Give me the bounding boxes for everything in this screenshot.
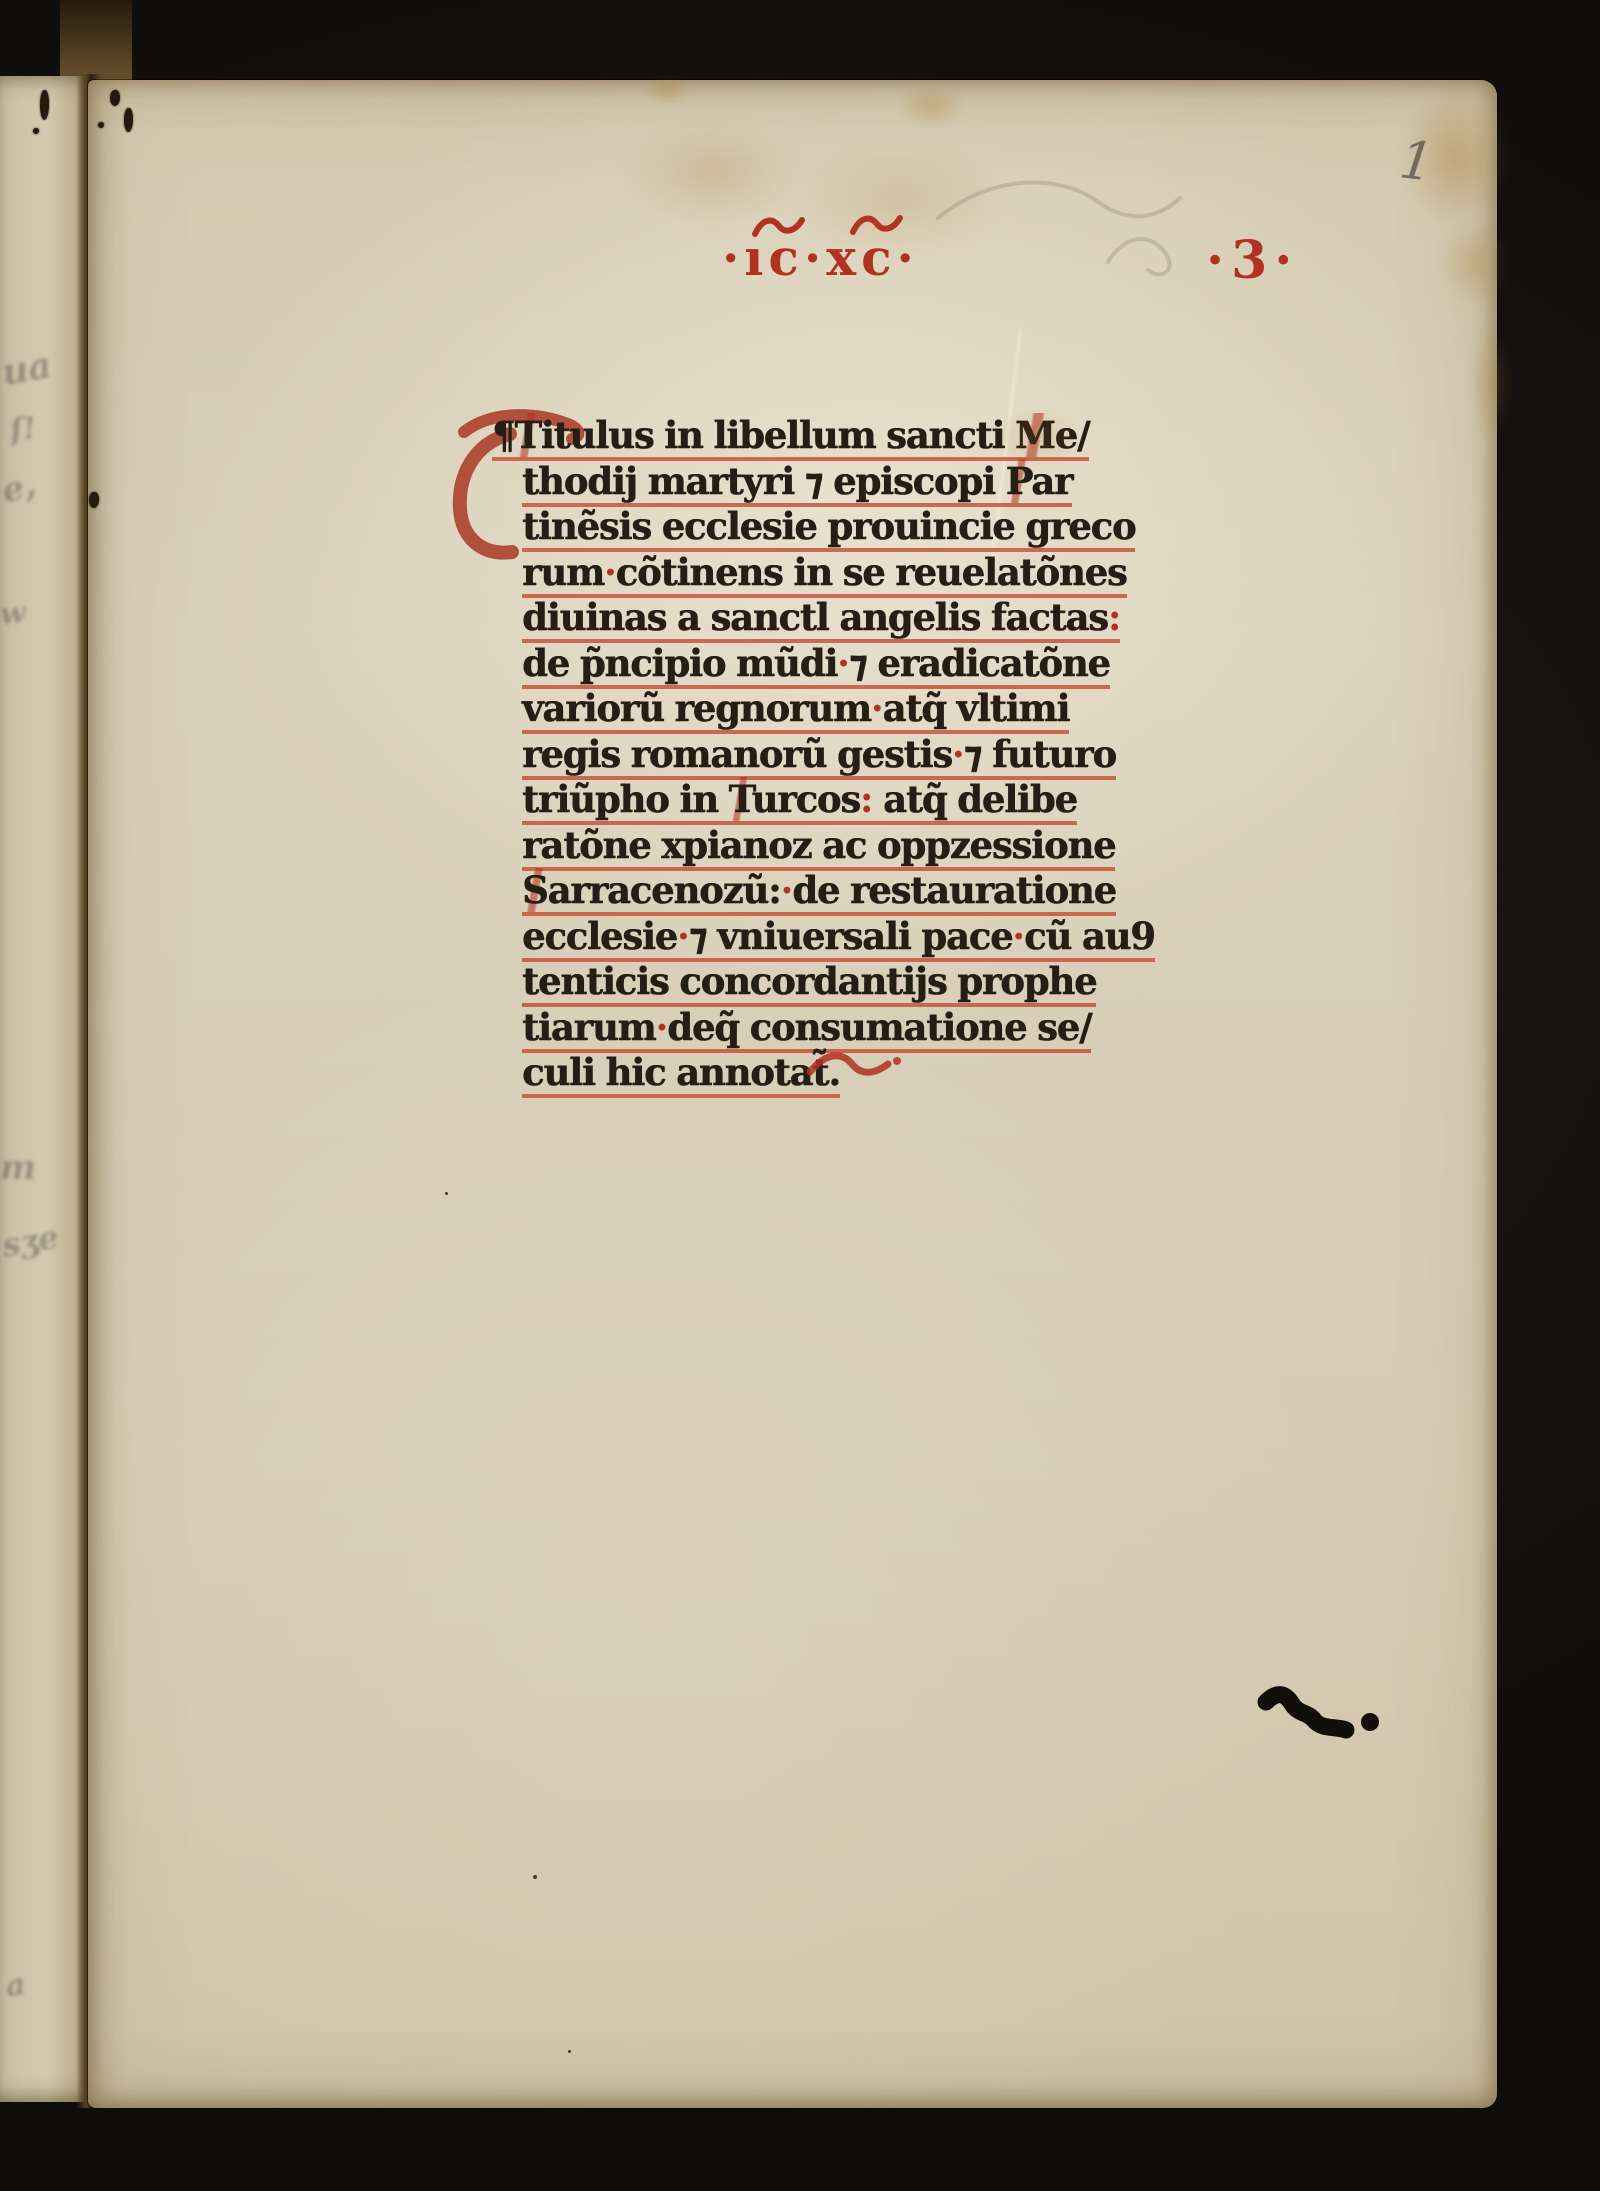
rubric-mark: · (952, 732, 964, 776)
text-segment: ¶ (492, 413, 514, 457)
ink-speck (445, 1192, 448, 1195)
text-segment: atq̃ vltimi (883, 686, 1070, 730)
text-segment: atq̃ delibe (872, 777, 1076, 821)
text-segment: deq̃ consumatione se/ (667, 1005, 1091, 1049)
text-segment: S (522, 868, 548, 912)
text-line: de p̃ncipio mũdi·⁊ eradicatõne (522, 641, 1155, 687)
book-photo: uaſ!e,wmsʒea 1 ·ıc·xc· ·3· ¶Titulus in l… (0, 0, 1600, 2191)
foxing-spot (1470, 328, 1512, 438)
text-segment: T (514, 413, 540, 457)
text-segment: tinẽsis ecclesie prouincie greco (522, 504, 1135, 548)
text-segment: T (729, 777, 752, 821)
text-segment: de restauratione (792, 868, 1116, 912)
text-line: regis romanorũ gestis·⁊ futuro (522, 732, 1155, 778)
scribble-mark: sʒe (0, 1217, 61, 1264)
wormhole (89, 492, 99, 508)
text-segment: arracenozũ: (548, 868, 781, 912)
text-line-content: triũpho in Turcos: atq̃ delibe (522, 777, 1077, 825)
text-segment: tiarum (522, 1005, 655, 1049)
text-line: diuinas a sanctl angelis factas: (522, 595, 1155, 641)
scribble-mark: ua (0, 344, 55, 394)
text-line-content: de p̃ncipio mũdi·⁊ eradicatõne (522, 641, 1110, 689)
rubric-mark: · (1012, 914, 1024, 958)
text-line: tiarum·deq̃ consumatione se/ (522, 1005, 1155, 1051)
red-folio-number: ·3· (1206, 230, 1299, 291)
text-segment: cũ au9 (1024, 914, 1155, 958)
manuscript-page: 1 ·ıc·xc· ·3· ¶Titulus in libellum sanct… (88, 80, 1497, 2108)
text-line-content: thodij martyri ⁊ episcopi Par (522, 459, 1072, 507)
rubric-mark: · (677, 914, 689, 958)
text-line-content: Sarracenozũ:·de restauratione (522, 868, 1116, 916)
text-segment: de p̃ncipio mũdi (522, 641, 837, 685)
ink-speck (568, 2050, 571, 2053)
text-segment: tenticis concordantijs prophe (522, 959, 1096, 1003)
wormhole (124, 108, 133, 132)
text-line: Sarracenozũ:·de restauratione (522, 868, 1155, 914)
ink-speck (533, 1875, 537, 1879)
text-line-content: ecclesie·⁊ vniuersali pace·cũ au9 (522, 914, 1155, 962)
text-line-content: culi hic annotat̃. (522, 1050, 840, 1098)
text-segment: ecclesie (522, 914, 677, 958)
foxing-spot (1440, 218, 1510, 308)
wormhole (33, 128, 39, 134)
incipit-text-block: ¶Titulus in libellum sancti Me/thodij ma… (522, 413, 1155, 1096)
foxing-spot (644, 82, 690, 100)
text-line-content: variorũ regnorum·atq̃ vltimi (522, 686, 1069, 734)
text-line: variorũ regnorum·atq̃ vltimi (522, 686, 1155, 732)
text-segment: culi hic annotat̃. (522, 1050, 840, 1094)
ink-blot (1256, 1682, 1388, 1748)
text-line-content: tiarum·deq̃ consumatione se/ (522, 1005, 1091, 1053)
text-segment: triũpho in (522, 777, 729, 821)
scribble-mark: e, (0, 465, 40, 512)
text-line-content: diuinas a sanctl angelis factas: (522, 595, 1120, 643)
text-segment: diuinas a sanctl angelis factas (522, 595, 1108, 639)
text-segment: urcos (751, 777, 859, 821)
text-line-content: regis romanorũ gestis·⁊ futuro (522, 732, 1116, 780)
foxing-spot (788, 138, 1008, 258)
facing-page-edge: uaſ!e,wmsʒea (0, 76, 85, 2102)
rubric-mark: : (860, 777, 872, 821)
text-segment: ratõne xpianoz ac oppzessione (522, 823, 1115, 867)
text-line: tenticis concordantijs prophe (522, 959, 1155, 1005)
rubric-mark: : (1108, 595, 1120, 639)
rubric-end-flourish (806, 1048, 902, 1082)
scribble-mark: m (0, 1148, 36, 1188)
rubric-mark: · (871, 686, 883, 730)
text-line: triũpho in Turcos: atq̃ delibe (522, 777, 1155, 823)
scribble-mark: a (4, 1967, 28, 2004)
text-segment: regis romanorũ gestis (522, 732, 952, 776)
wormhole (98, 122, 104, 128)
text-line-content: rum·cõtinens in se reuelatõnes (522, 550, 1127, 598)
rubric-mark: · (604, 550, 616, 594)
text-line: ecclesie·⁊ vniuersali pace·cũ au9 (522, 914, 1155, 960)
text-line-content: tinẽsis ecclesie prouincie greco (522, 504, 1135, 552)
scribble-mark: ſ! (8, 411, 38, 449)
scribble-mark: w (0, 595, 27, 632)
text-segment: ⁊ eradicatõne (849, 641, 1110, 685)
text-segment: variorũ regnorum (522, 686, 871, 730)
foxing-spot (1400, 88, 1510, 228)
text-segment: cõtinens in se reuelatõnes (616, 550, 1127, 594)
wormhole (110, 90, 120, 106)
text-line: ratõne xpianoz ac oppzessione (522, 823, 1155, 869)
rubric-mark: · (655, 1005, 667, 1049)
text-line-content: tenticis concordantijs prophe (522, 959, 1096, 1007)
wormhole (40, 90, 49, 120)
text-line: tinẽsis ecclesie prouincie greco (522, 504, 1155, 550)
text-segment: ⁊ vniuersali pace (689, 914, 1013, 958)
rubric-mark: · (837, 641, 849, 685)
text-line-content: ratõne xpianoz ac oppzessione (522, 823, 1115, 871)
rubric-mark: · (781, 868, 793, 912)
text-line: thodij martyri ⁊ episcopi Par (522, 459, 1155, 505)
text-segment: thodij martyri ⁊ episcopi (522, 459, 1006, 503)
foxing-spot (618, 118, 808, 228)
text-segment: ⁊ futuro (964, 732, 1116, 776)
text-line: rum·cõtinens in se reuelatõnes (522, 550, 1155, 596)
text-segment: rum (522, 550, 604, 594)
foxing-spot (990, 408, 1080, 468)
text-segment: itulus in libellum sancti (541, 413, 1015, 457)
foxing-spot (896, 86, 966, 126)
